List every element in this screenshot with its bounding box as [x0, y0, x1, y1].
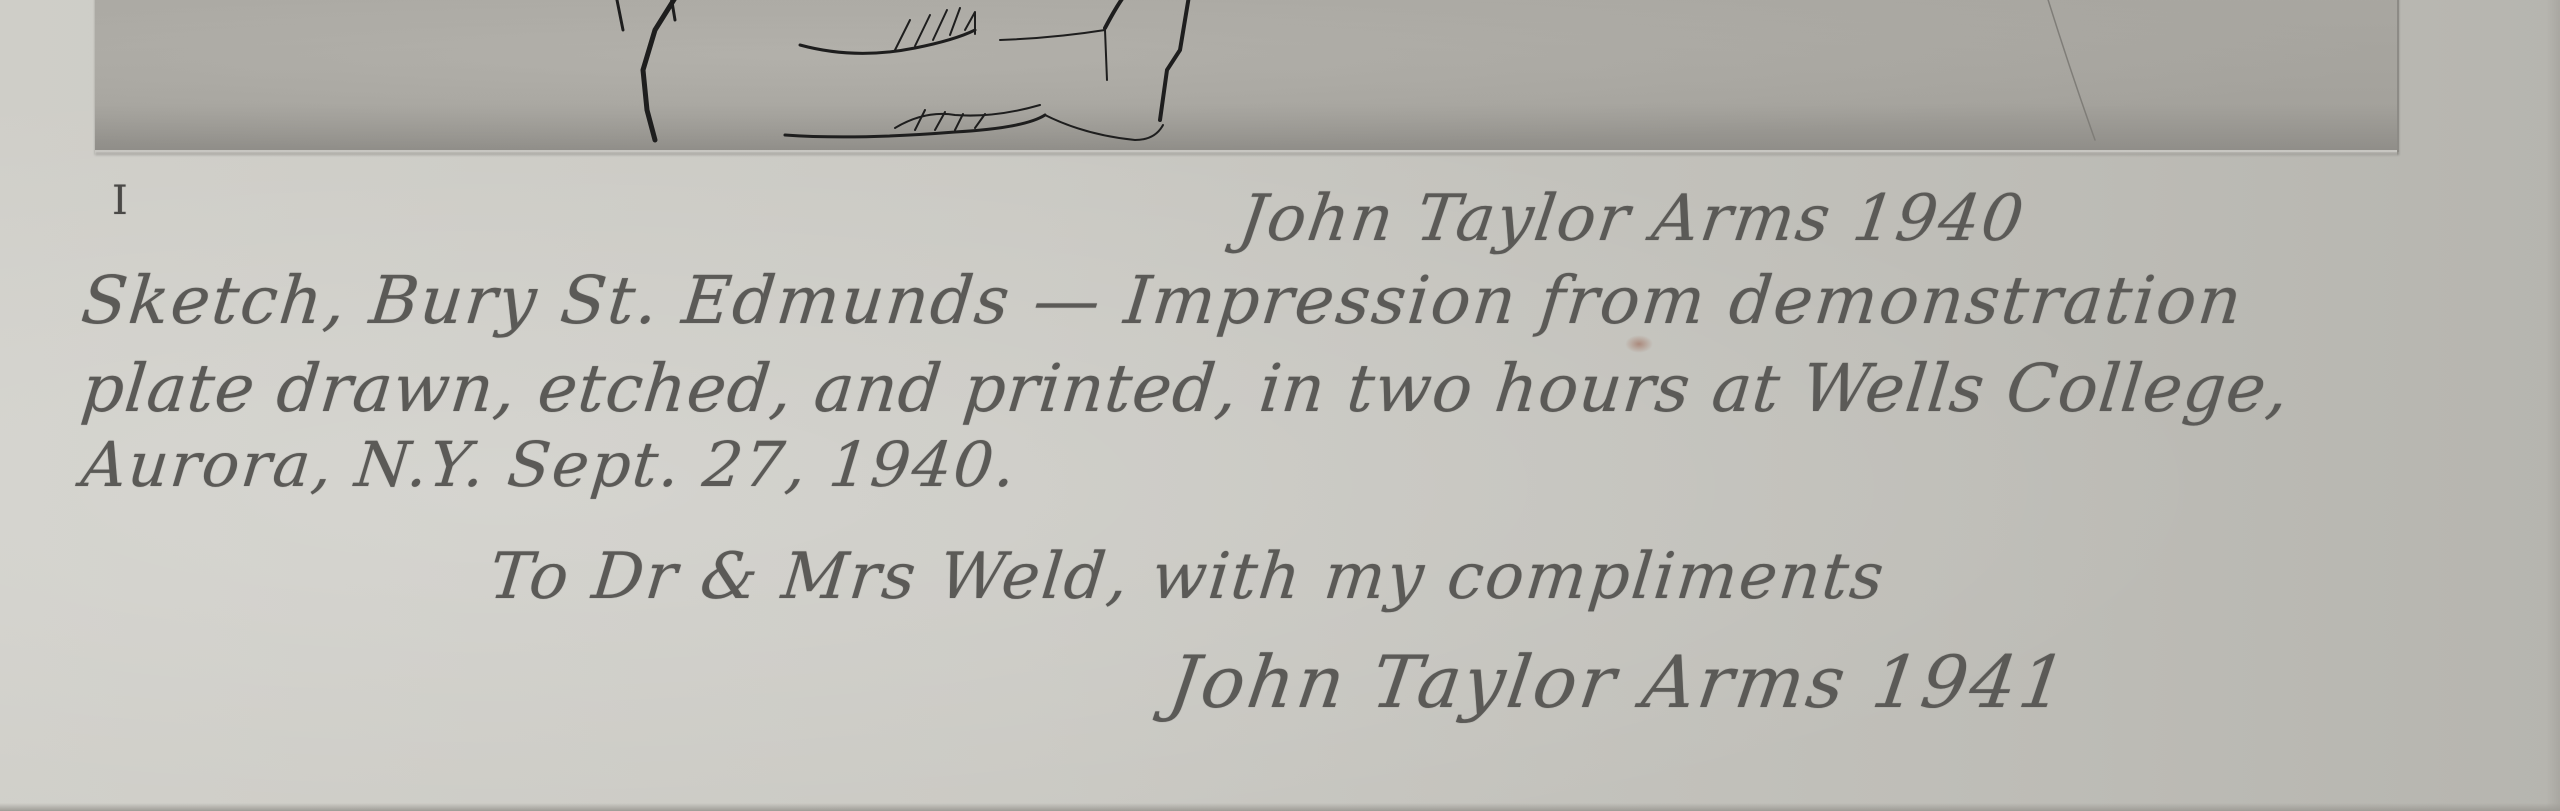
sheet-right-edge [2546, 0, 2560, 811]
inscription-line-3: Aurora, N.Y. Sept. 27, 1940. [78, 428, 1086, 501]
signature-1941: John Taylor Arms 1941 [1164, 640, 2196, 724]
sheet-bottom-edge [0, 803, 2560, 811]
etched-plate [95, 0, 2399, 152]
inscription-line-1: Sketch, Bury St. Edmunds — Impression fr… [78, 262, 2486, 339]
paper-sheet: I John Taylor Arms 1940 Sketch, Bury St.… [0, 0, 2560, 811]
plate-mark-edge [95, 150, 2397, 156]
inscription-line-2: plate drawn, etched, and printed, in two… [78, 350, 2486, 427]
signature-1940: John Taylor Arms 1940 [1235, 182, 2105, 256]
sketch-lines-icon [95, 0, 2397, 152]
state-mark: I [112, 178, 129, 224]
dedication-line: To Dr & Mrs Weld, with my compliments [486, 540, 2174, 614]
